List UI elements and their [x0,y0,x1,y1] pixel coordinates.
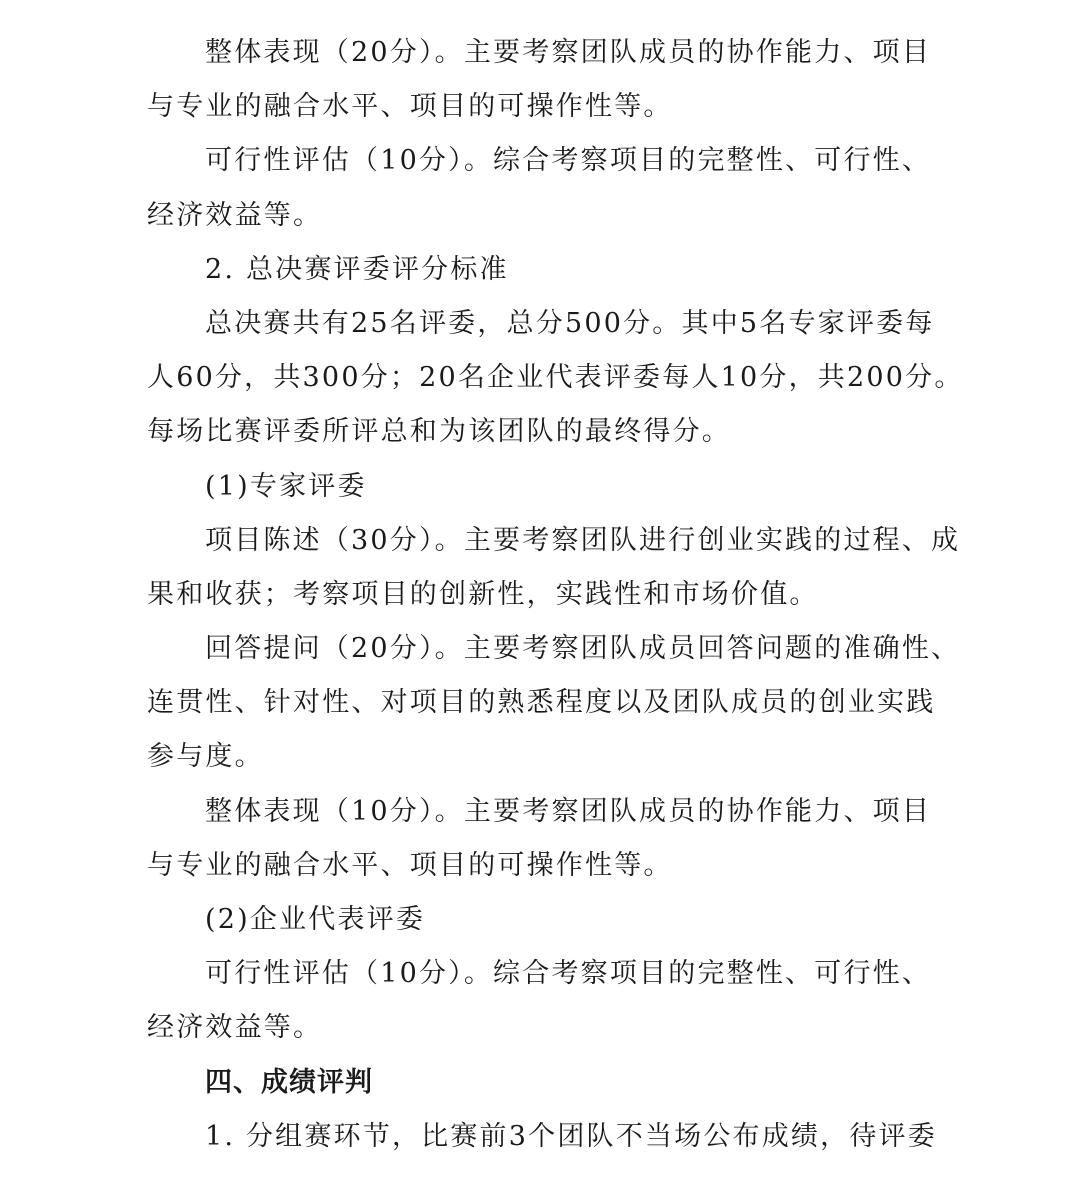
paragraph-qa-20: 回答提问（20分）。主要考察团队成员回答问题的准确性、 连贯性、针对性、对项目的… [147,622,937,785]
paragraph-line: 经济效益等。 [147,189,937,243]
paragraph-line: 参与度。 [147,730,937,784]
paragraph-group-stage-rule: 1. 分组赛环节，比赛前3个团队不当场公布成绩，待评委 [147,1110,937,1164]
paragraph-overall-performance-20: 整体表现（20分）。主要考察团队成员的协作能力、项目 与专业的融合水平、项目的可… [147,26,937,134]
paragraph-line: 人60分，共300分；20名企业代表评委每人10分，共200分。 [147,351,937,405]
paragraph-line: 整体表现（10分）。主要考察团队成员的协作能力、项目 [147,785,937,839]
paragraph-final-judging-intro: 总决赛共有25名评委，总分500分。其中5名专家评委每 人60分，共300分；2… [147,297,937,460]
paragraph-line: 1. 分组赛环节，比赛前3个团队不当场公布成绩，待评委 [147,1110,937,1164]
paragraph-overall-performance-10: 整体表现（10分）。主要考察团队成员的协作能力、项目 与专业的融合水平、项目的可… [147,785,937,893]
paragraph-line: 与专业的融合水平、项目的可操作性等。 [147,80,937,134]
paragraph-line: 经济效益等。 [147,1001,937,1055]
paragraph-line: 总决赛共有25名评委，总分500分。其中5名专家评委每 [147,297,937,351]
paragraph-line: 每场比赛评委所评总和为该团队的最终得分。 [147,405,937,459]
paragraph-line: 可行性评估（10分）。综合考察项目的完整性、可行性、 [147,947,937,1001]
paragraph-project-presentation-30: 项目陈述（30分）。主要考察团队进行创业实践的过程、成 果和收获；考察项目的创新… [147,514,937,622]
heading-enterprise-judges: (2)企业代表评委 [147,893,937,947]
subheading: 2. 总决赛评委评分标准 [147,243,937,297]
paragraph-line: 回答提问（20分）。主要考察团队成员回答问题的准确性、 [147,622,937,676]
paragraph-line: 可行性评估（10分）。综合考察项目的完整性、可行性、 [147,134,937,188]
heading-expert-judges: (1)专家评委 [147,460,937,514]
document-page: 整体表现（20分）。主要考察团队成员的协作能力、项目 与专业的融合水平、项目的可… [147,26,937,1164]
paragraph-line: 项目陈述（30分）。主要考察团队进行创业实践的过程、成 [147,514,937,568]
heading-section-four-score-judging: 四、成绩评判 [147,1056,937,1110]
subheading: (1)专家评委 [147,460,937,514]
paragraph-line: 果和收获；考察项目的创新性，实践性和市场价值。 [147,568,937,622]
paragraph-feasibility-10-a: 可行性评估（10分）。综合考察项目的完整性、可行性、 经济效益等。 [147,134,937,242]
subheading: (2)企业代表评委 [147,893,937,947]
heading-final-judging-criteria: 2. 总决赛评委评分标准 [147,243,937,297]
paragraph-line: 连贯性、针对性、对项目的熟悉程度以及团队成员的创业实践 [147,676,937,730]
paragraph-feasibility-10-b: 可行性评估（10分）。综合考察项目的完整性、可行性、 经济效益等。 [147,947,937,1055]
section-heading: 四、成绩评判 [147,1056,937,1110]
paragraph-line: 整体表现（20分）。主要考察团队成员的协作能力、项目 [147,26,937,80]
paragraph-line: 与专业的融合水平、项目的可操作性等。 [147,839,937,893]
